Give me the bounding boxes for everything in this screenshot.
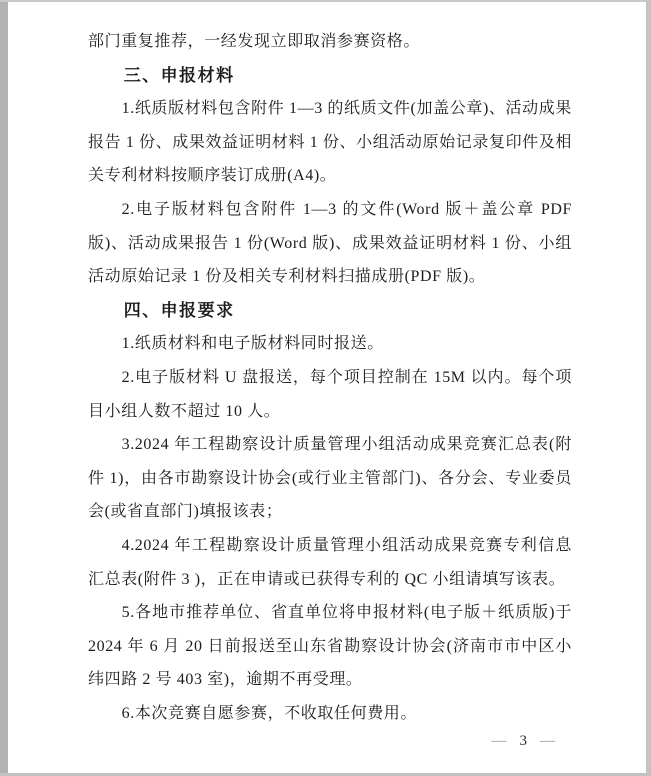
document-body: 部门重复推荐，一经发现立即取消参赛资格。三、申报材料1.纸质版材料包含附件 1—…	[88, 25, 572, 730]
paragraph: 1.纸质材料和电子版材料同时报送。	[88, 327, 572, 361]
document-page: 部门重复推荐，一经发现立即取消参赛资格。三、申报材料1.纸质版材料包含附件 1—…	[0, 0, 651, 776]
footer-dash-left: —	[492, 733, 507, 749]
section-heading: 四、申报要求	[88, 294, 572, 328]
paragraph: 5.各地市推荐单位、省直单位将申报材料(电子版＋纸质版)于 2024 年 6 月…	[88, 596, 572, 697]
page-number: 3	[520, 729, 528, 753]
section-heading: 三、申报材料	[88, 59, 572, 93]
scan-edge-top	[0, 0, 651, 2]
paragraph: 3.2024 年工程勘察设计质量管理小组活动成果竞赛汇总表(附件 1)，由各市勘…	[88, 428, 572, 529]
page-footer: —3—	[492, 729, 556, 753]
paragraph: 2.电子版材料包含附件 1—3 的文件(Word 版＋盖公章 PDF 版)、活动…	[88, 193, 572, 294]
paragraph: 2.电子版材料 U 盘报送，每个项目控制在 15M 以内。每个项目小组人数不超过…	[88, 361, 572, 428]
paragraph: 6.本次竞赛自愿参赛，不收取任何费用。	[88, 697, 572, 731]
paragraph: 1.纸质版材料包含附件 1—3 的纸质文件(加盖公章)、活动成果报告 1 份、成…	[88, 92, 572, 193]
paragraph: 4.2024 年工程勘察设计质量管理小组活动成果竞赛专利信息汇总表(附件 3 )…	[88, 529, 572, 596]
paragraph: 部门重复推荐，一经发现立即取消参赛资格。	[88, 25, 572, 59]
footer-dash-right: —	[540, 733, 555, 749]
scan-edge-right	[646, 0, 651, 776]
scan-edge-left	[0, 0, 8, 776]
